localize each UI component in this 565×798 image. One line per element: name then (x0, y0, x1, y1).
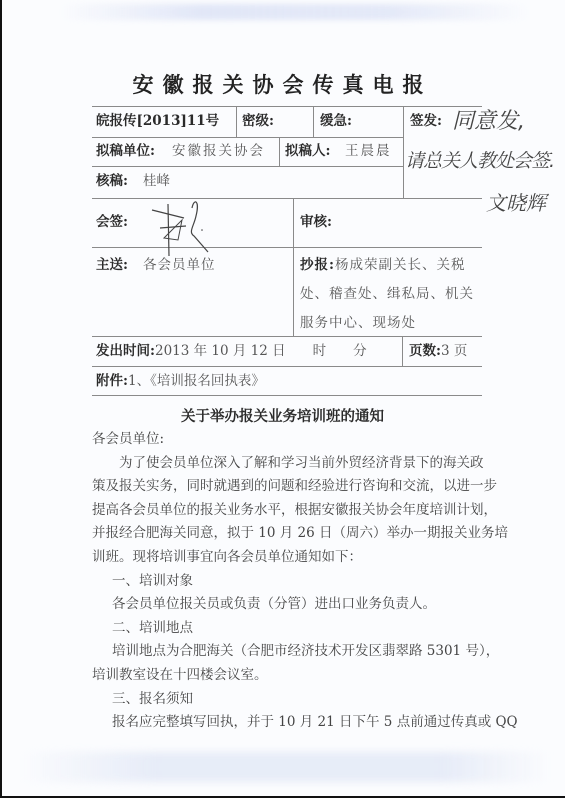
section-heading-2: 二、培训地点 (92, 617, 484, 641)
paragraph-line: 提高各会员单位的报关业务水平，根据安徽报关协会年度培训计划， (92, 499, 484, 523)
send-time-label: 发出时间: (96, 343, 155, 359)
table-line (92, 166, 403, 167)
checker-value: 桂峰 (143, 172, 170, 190)
notice-body: 各会员单位: 为了使会员单位深入了解和学习当前外贸经济背景下的海关政 策及报关实… (92, 428, 484, 735)
table-line (293, 198, 294, 336)
draft-unit-value: 安徽报关协会 (172, 142, 265, 160)
salutation: 各会员单位: (92, 428, 484, 452)
table-line (236, 106, 237, 137)
section-heading-1: 一、培训对象 (92, 570, 484, 594)
paragraph-line: 为了使会员单位深入了解和学习当前外贸经济背景下的海关政 (92, 452, 484, 476)
page-count: 页数:3 页 (409, 342, 467, 360)
handwritten-approval-line1: 同意发, (452, 104, 525, 135)
main-to-label: 主送: (96, 256, 128, 274)
cc-value-1: 杨成荣副关长、关税 (335, 257, 466, 273)
sign-label: 签发: (410, 112, 442, 130)
scan-artifact-top (60, 4, 530, 20)
paragraph-line: 并报经合肥海关同意，拟于 10 月 26 日（周六）举办一期报关业务培 (92, 522, 484, 546)
section-text-1: 各会员单位报关员或负责（分管）进出口业务负责人。 (92, 593, 484, 617)
drafter-value: 王晨晨 (345, 142, 392, 160)
cc-label: 抄报: (300, 257, 335, 273)
pages-label: 页数: (409, 343, 441, 359)
send-time: 发出时间:2013 年 10 月 12 日 时 分 (96, 342, 367, 360)
pages-value: 3 页 (441, 343, 467, 359)
handwritten-approval-line2: 请总关人教处会签. (405, 146, 554, 173)
table-line (279, 137, 280, 166)
section-heading-3: 三、报名须知 (92, 688, 484, 712)
draft-unit-label: 拟稿单位: (96, 142, 155, 160)
doc-number: 皖报传[2013]11号 (96, 112, 219, 130)
document-title: 安徽报关协会传真电报 (0, 69, 565, 99)
urgency-label: 缓急: (320, 112, 352, 130)
table-line (92, 106, 482, 107)
section-text-2: 培训地点为合肥海关（合肥市经济技术开发区翡翠路 5301 号）， (92, 640, 484, 664)
secrecy-label: 密级: (242, 112, 274, 130)
scan-artifact-bottom (20, 752, 550, 782)
table-line (92, 395, 482, 396)
drafter-label: 拟稿人: (285, 142, 330, 160)
table-line (403, 106, 404, 198)
checker-label: 核稿: (96, 172, 128, 190)
send-time-value: 2013 年 10 月 12 日 时 分 (155, 343, 367, 359)
paragraph-line: 训班。现将培训事宜向各会员单位通知如下： (92, 546, 484, 570)
countersign-signature-icon (150, 198, 220, 258)
table-line (92, 137, 403, 138)
notice-title: 关于举办报关业务培训班的通知 (0, 405, 565, 426)
attachment: 附件:1、《培训报名回执表》 (96, 372, 265, 390)
countersign-label: 会签: (96, 213, 128, 231)
handwritten-approver-name: 文晓辉 (486, 187, 546, 216)
table-line (92, 336, 482, 337)
section-text-3: 报名应完整填写回执，并于 10 月 21 日下午 5 点前通过传真或 QQ (92, 711, 484, 735)
section-text-2-cont: 培训教室设在十四楼会议室。 (92, 664, 484, 688)
cc-line3: 服务中心、现场处 (300, 314, 416, 332)
table-line (402, 336, 403, 366)
review-label: 审核: (300, 213, 332, 231)
paragraph-line: 策及报关实务，同时就遇到的问题和经验进行咨询和交流，以进一步 (92, 475, 484, 499)
main-to-value: 各会员单位 (143, 256, 216, 274)
cc-line2: 处、稽查处、缉私局、机关 (300, 285, 474, 303)
attachment-value: 1、《培训报名回执表》 (128, 373, 265, 389)
table-line (92, 366, 482, 367)
cc-line1: 抄报:杨成荣副关长、关税 (300, 256, 465, 274)
attachment-label: 附件: (96, 373, 128, 389)
scan-border-left (0, 0, 2, 798)
table-line (313, 106, 314, 137)
